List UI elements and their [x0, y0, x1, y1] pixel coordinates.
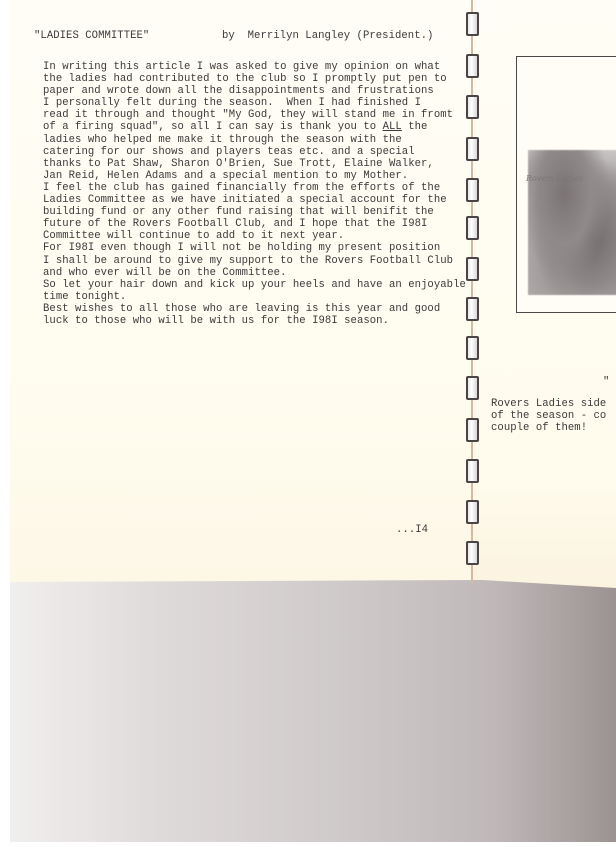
table-surface	[10, 580, 616, 842]
binding-ring	[466, 297, 479, 321]
article-title: "LADIES COMMITTEE"	[34, 30, 149, 42]
team-photo	[528, 150, 616, 295]
binding-ring	[466, 178, 479, 202]
page-number: ...I4	[396, 524, 428, 536]
article-line: In writing this article I was asked to g…	[43, 61, 466, 73]
article-line: thanks to Pat Shaw, Sharon O'Brien, Sue …	[43, 158, 466, 170]
article-line: luck to those who will be with us for th…	[43, 315, 466, 327]
article-line: read it through and thought "My God, the…	[43, 109, 466, 121]
binding-ring	[466, 336, 479, 360]
article-body: In writing this article I was asked to g…	[43, 61, 466, 327]
article-line: of a firing squad", so all I can say is …	[43, 121, 466, 133]
photo-caption: Rovers Ladies sideof the season - cocoup…	[491, 398, 606, 434]
article-line: the ladies had contributed to the club s…	[43, 73, 466, 85]
article-line: Jan Reid, Helen Adams and a special ment…	[43, 170, 466, 182]
spiral-binding-spine	[471, 0, 473, 585]
binding-ring	[466, 216, 479, 240]
scanned-booklet-spread: "LADIES COMMITTEE" by Merrilyn Langley (…	[0, 0, 616, 847]
article-line: paper and wrote down all the disappointm…	[43, 85, 466, 97]
binding-ring	[466, 257, 479, 281]
article-line: and who ever will be on the Committee.	[43, 267, 466, 279]
article-line: I shall be around to give my support to …	[43, 255, 466, 267]
binding-ring	[466, 376, 479, 400]
article-line: future of the Rovers Football Club, and …	[43, 218, 466, 230]
caption-line: Rovers Ladies side	[491, 398, 606, 410]
binding-ring	[466, 418, 479, 442]
article-line: I personally felt during the season. Whe…	[43, 97, 466, 109]
binding-ring	[466, 54, 479, 78]
article-line: building fund or any other fund raising …	[43, 206, 466, 218]
article-line: I feel the club has gained financially f…	[43, 182, 466, 194]
article-line: Ladies Committee as we have initiated a …	[43, 194, 466, 206]
article-line: Best wishes to all those who are leaving…	[43, 303, 466, 315]
scan-margin	[0, 0, 10, 847]
caption-quote-mark: "	[603, 376, 609, 388]
photo-inset-text: Rovers Ladies	[526, 174, 583, 183]
article-line: So let your hair down and kick up your h…	[43, 279, 466, 291]
article-line: time tonight.	[43, 291, 466, 303]
binding-ring	[466, 137, 479, 161]
binding-ring	[466, 12, 479, 36]
binding-ring	[466, 95, 479, 119]
binding-ring	[466, 500, 479, 524]
article-line: Committee will continue to add to it nex…	[43, 230, 466, 242]
article-line: catering for our shows and players teas …	[43, 146, 466, 158]
caption-line: of the season - co	[491, 410, 606, 422]
article-byline: by Merrilyn Langley (President.)	[222, 30, 433, 42]
article-line: For I98I even though I will not be holdi…	[43, 242, 466, 254]
caption-line: couple of them!	[491, 422, 606, 434]
article-line: ladies who helped me make it through the…	[43, 134, 466, 146]
binding-ring	[466, 459, 479, 483]
binding-ring	[466, 541, 479, 565]
